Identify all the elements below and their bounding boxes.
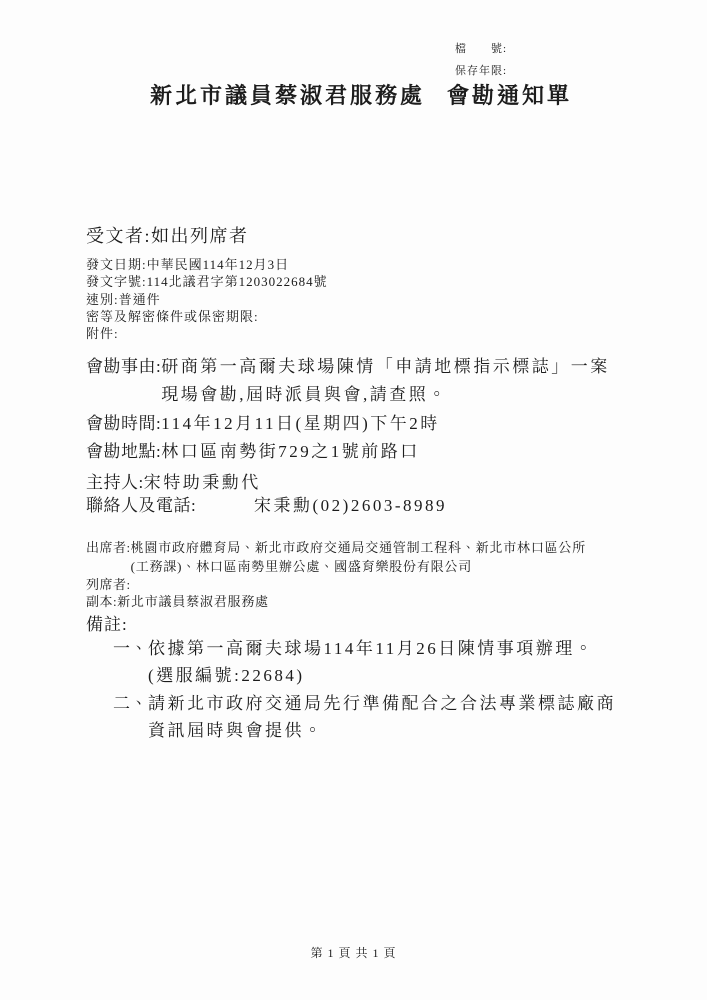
recipient-row: 受文者:如出列席者	[86, 222, 249, 248]
time-value: 114年12月11日(星期四)下午2時	[161, 410, 440, 438]
issue-date-label: 發文日期:	[86, 257, 147, 272]
document-page: 檔 號: 保存年限: 新北市議員蔡淑君服務處會勘通知單 受文者:如出列席者 發文…	[0, 0, 707, 1000]
office-name: 新北市議員蔡淑君服務處	[150, 83, 425, 108]
speed-row: 速別:普通件	[86, 291, 328, 308]
file-info-block: 檔 號: 保存年限:	[455, 38, 507, 82]
location-value: 林口區南勢街729之1號前路口	[161, 438, 420, 466]
attachment-row: 附件:	[86, 325, 328, 342]
file-number-label: 檔 號:	[455, 38, 507, 60]
speed-value: 普通件	[119, 292, 161, 307]
time-row: 會勘時間: 114年12月11日(星期四)下午2時	[86, 410, 440, 438]
issue-date-row: 發文日期:中華民國114年12月3日	[86, 256, 328, 273]
attendees-value: 桃園市政府體育局、新北市政府交通局交通管制工程科、新北市林口區公所(工務課)、林…	[131, 538, 601, 576]
contact-row: 聯絡人及電話: 宋秉勳(02)2603-8989	[86, 492, 447, 520]
cc-label: 副本:	[86, 592, 117, 611]
location-label: 會勘地點:	[86, 438, 161, 466]
time-label: 會勘時間:	[86, 410, 161, 438]
cc-value: 新北市議員蔡淑君服務處	[117, 592, 269, 611]
issue-date-value: 中華民國114年12月3日	[147, 257, 290, 272]
document-type: 會勘通知單	[447, 83, 572, 108]
remark-item: 一、 依據第一高爾夫球場114年11月26日陳情事項辦理。(選服編號:22684…	[113, 635, 618, 689]
security-label: 密等及解密條件或保密期限:	[86, 309, 259, 324]
doc-number-row: 發文字號:114北議君字第1203022684號	[86, 273, 328, 290]
recipient-value: 如出列席者	[151, 226, 249, 246]
remarks-heading: 備註:	[86, 610, 128, 635]
page-footer: 第 1 頁 共 1 頁	[0, 944, 707, 961]
remark-number: 一、	[113, 635, 148, 662]
remark-item: 二、 請新北市政府交通局先行準備配合之合法專業標誌廠商資訊屆時與會提供。	[113, 690, 618, 744]
contact-value: 宋秉勳(02)2603-8989	[254, 492, 447, 520]
subject-label: 會勘事由:	[86, 353, 161, 381]
attendees-row: 出席者: 桃園市政府體育局、新北市政府交通局交通管制工程科、新北市林口區公所(工…	[86, 538, 601, 576]
recipient-label: 受文者:	[86, 226, 151, 246]
remark-number: 二、	[113, 690, 148, 717]
speed-label: 速別:	[86, 292, 119, 307]
document-title: 新北市議員蔡淑君服務處會勘通知單	[150, 79, 572, 110]
remarks-list: 一、 依據第一高爾夫球場114年11月26日陳情事項辦理。(選服編號:22684…	[113, 635, 618, 745]
remark-text: 請新北市政府交通局先行準備配合之合法專業標誌廠商資訊屆時與會提供。	[148, 690, 618, 744]
contact-label: 聯絡人及電話:	[86, 492, 254, 520]
subject-row: 會勘事由: 研商第一高爾夫球場陳情「申請地標指示標誌」一案現場會勘,屆時派員與會…	[86, 353, 626, 409]
doc-number-value: 114北議君字第1203022684號	[147, 274, 328, 289]
attachment-label: 附件:	[86, 326, 119, 341]
location-row: 會勘地點: 林口區南勢街729之1號前路口	[86, 438, 420, 466]
cc-row: 副本: 新北市議員蔡淑君服務處	[86, 592, 269, 611]
remark-text: 依據第一高爾夫球場114年11月26日陳情事項辦理。(選服編號:22684)	[148, 635, 618, 689]
doc-number-label: 發文字號:	[86, 274, 147, 289]
meta-block: 發文日期:中華民國114年12月3日 發文字號:114北議君字第12030226…	[86, 256, 328, 342]
attendees-label: 出席者:	[86, 538, 131, 557]
subject-value: 研商第一高爾夫球場陳情「申請地標指示標誌」一案現場會勘,屆時派員與會,請查照。	[161, 353, 626, 409]
security-row: 密等及解密條件或保密期限:	[86, 308, 328, 325]
